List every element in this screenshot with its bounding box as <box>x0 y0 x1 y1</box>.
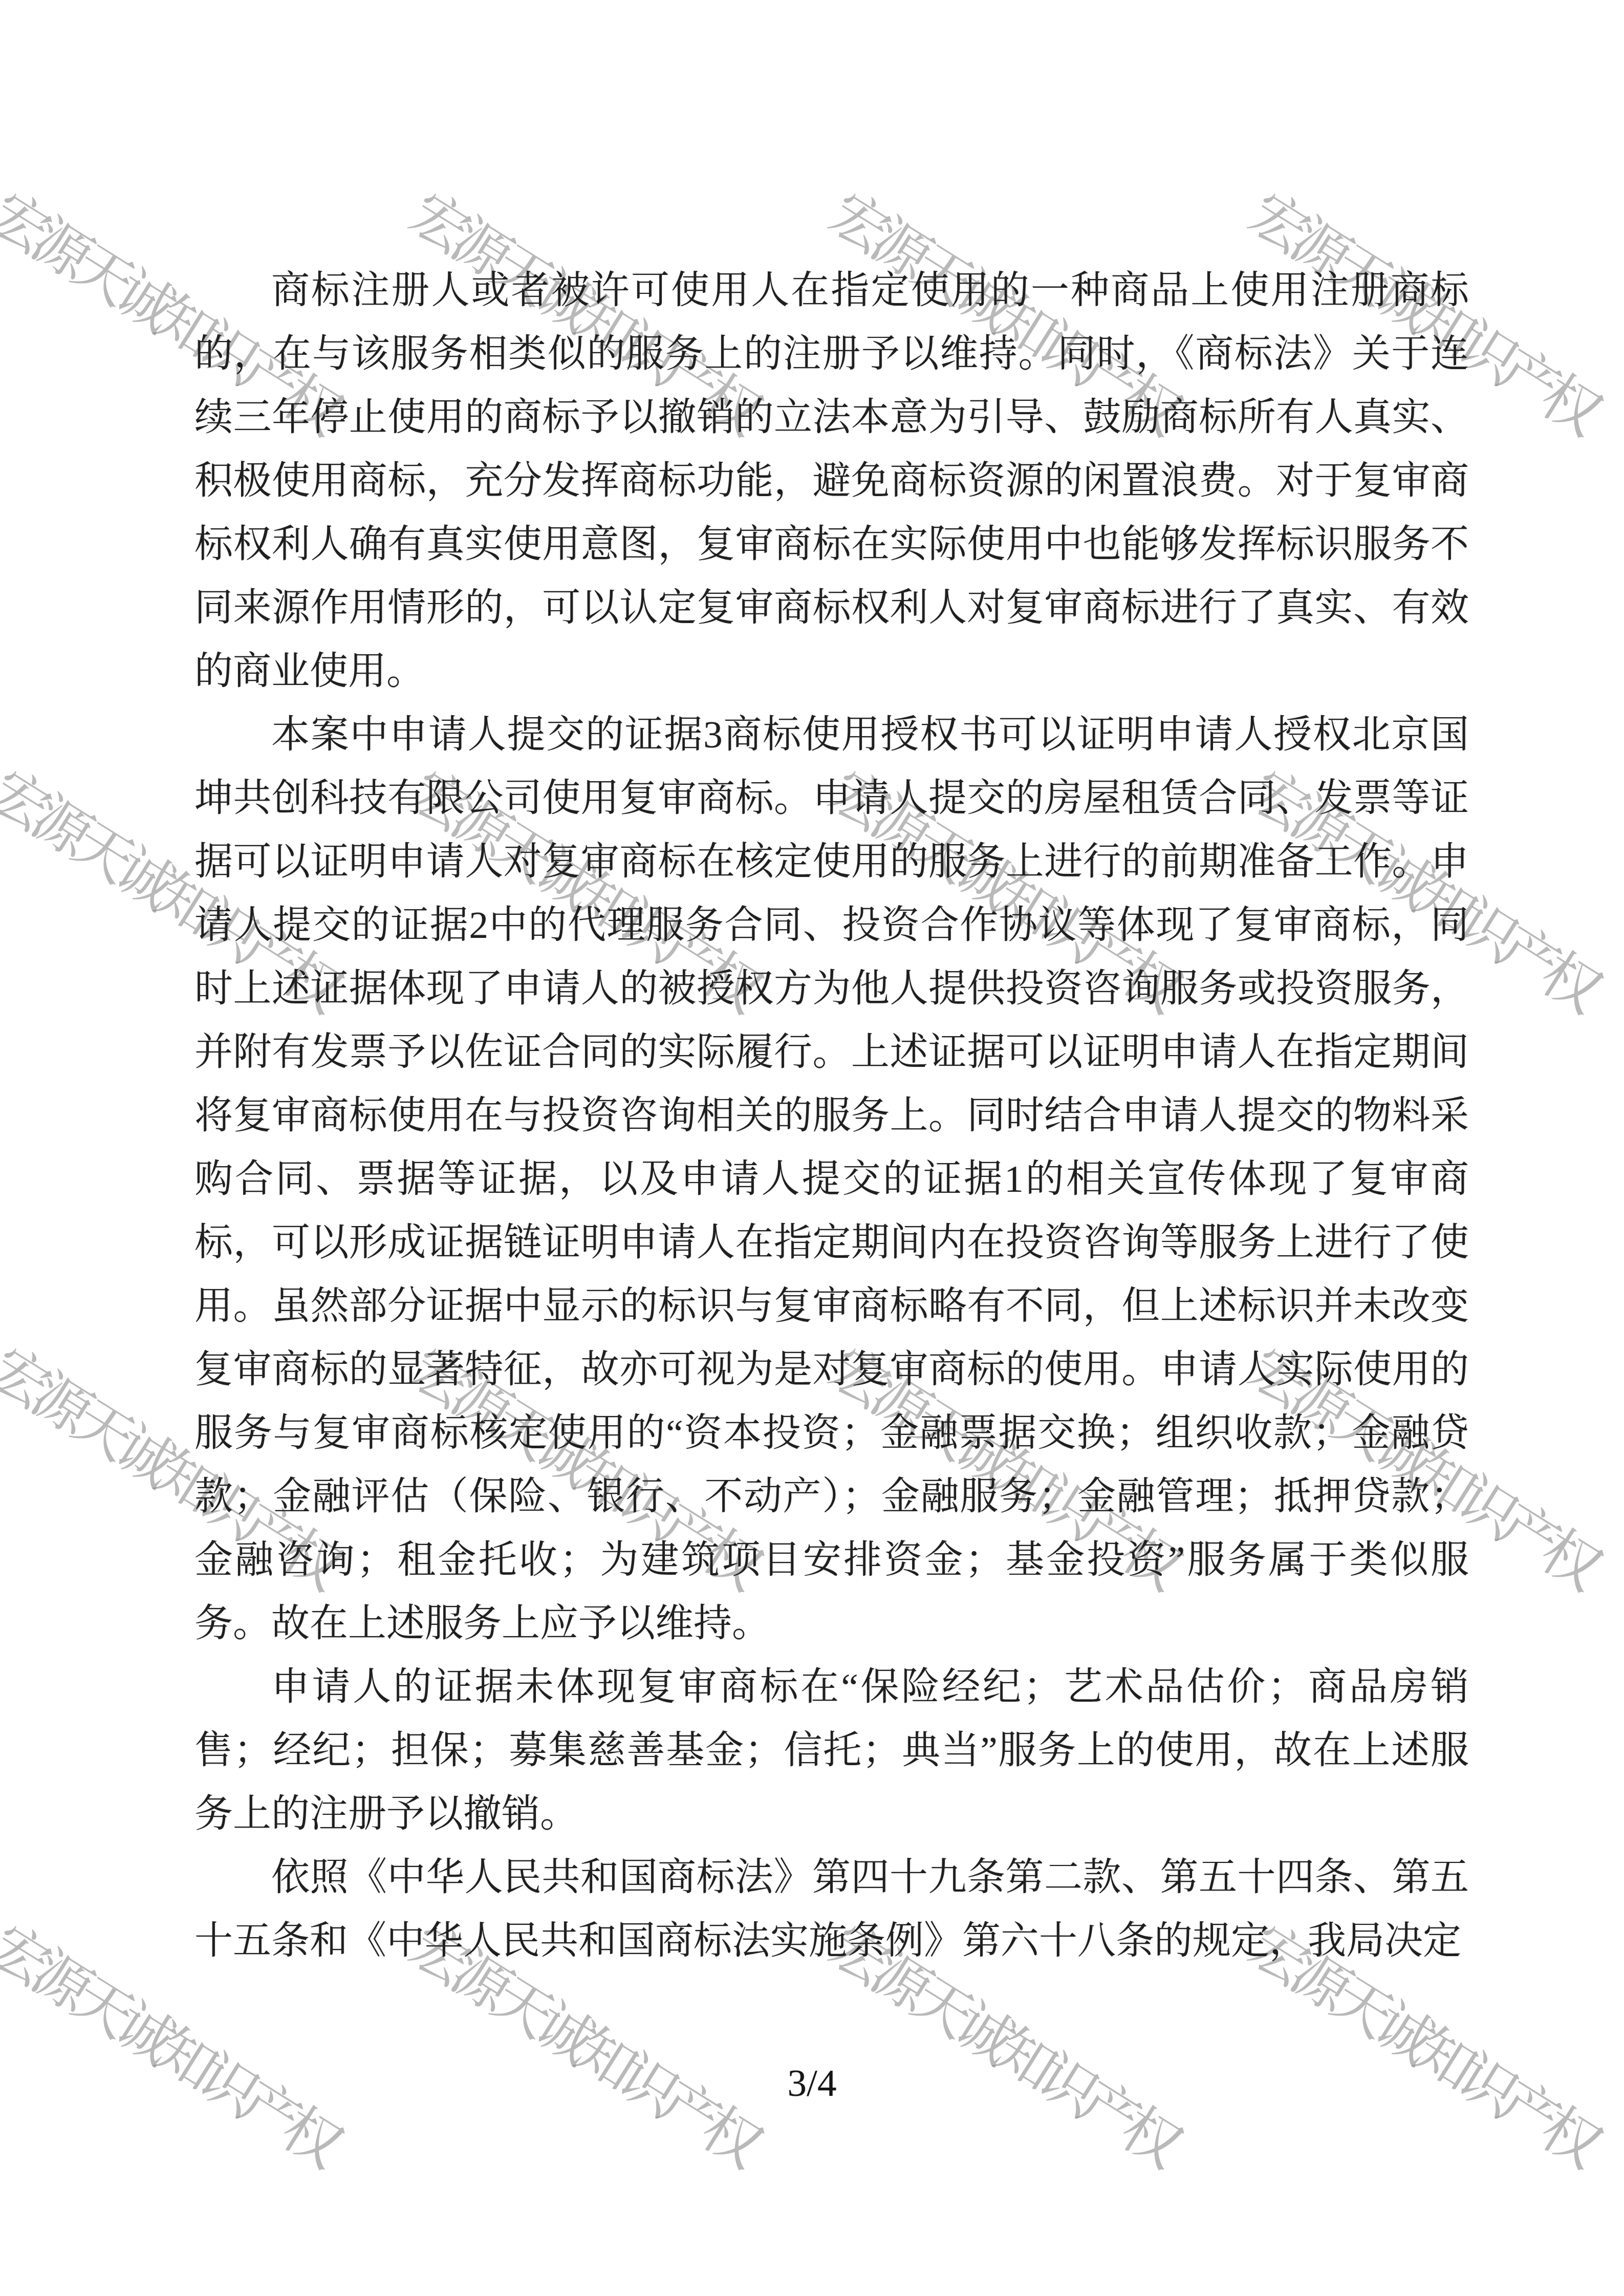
paragraph: 本案中申请人提交的证据3商标使用授权书可以证明申请人授权北京国坤共创科技有限公司… <box>194 703 1469 1656</box>
document-body: 商标注册人或者被许可使用人在指定使用的一种商品上使用注册商标的，在与该服务相类似… <box>194 259 1469 1973</box>
paragraph: 依照《中华人民共和国商标法》第四十九条第二款、第五十四条、第五十五条和《中华人民… <box>194 1846 1469 1973</box>
paragraph: 商标注册人或者被许可使用人在指定使用的一种商品上使用注册商标的，在与该服务相类似… <box>194 259 1469 703</box>
page-number: 3/4 <box>0 2063 1624 2104</box>
paragraph: 申请人的证据未体现复审商标在“保险经纪；艺术品估价；商品房销售；经纪；担保；募集… <box>194 1656 1469 1846</box>
document-page: 宏源天诚知识产权宏源天诚知识产权宏源天诚知识产权宏源天诚知识产权宏源天诚知识产权… <box>0 0 1624 2296</box>
